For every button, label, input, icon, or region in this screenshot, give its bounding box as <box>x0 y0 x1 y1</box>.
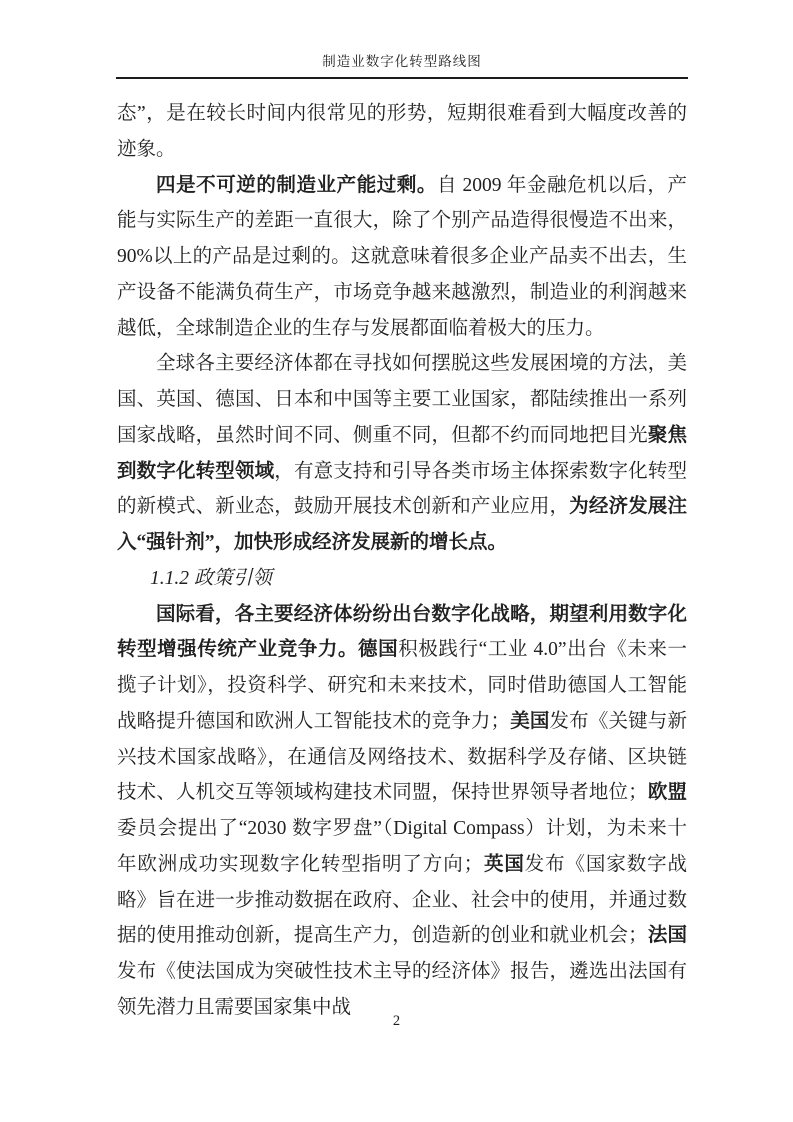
bold-text-run: 英国 <box>483 854 525 875</box>
text-run: 全球各主要经济体都在寻找如何摆脱这些发展困境的方法，美国、英国、德国、日本和中国… <box>117 353 687 446</box>
page-header: 制造业数字化转型路线图 <box>116 50 688 79</box>
page-number: 2 <box>393 1013 400 1029</box>
paragraph: 国际看，各主要经济体纷纷出台数字化战略，期望利用数字化转型增强传统产业竞争力。德… <box>117 597 687 1026</box>
document-body: 态”，是在较长时间内很常见的形势，短期很难看到大幅度改善的迹象。四是不可逆的制造… <box>117 96 687 1026</box>
bold-text-run: 德国 <box>358 639 398 660</box>
text-run: 发布《使法国成为突破性技术主导的经济体》报告，遴选出法国有领先潜力且需要国家集中… <box>117 961 687 1018</box>
text-run: 自 2009 年金融危机以后，产能与实际生产的差距一直很大，除了个别产品造得很慢… <box>117 175 687 339</box>
paragraph: 全球各主要经济体都在寻找如何摆脱这些发展困境的方法，美国、英国、德国、日本和中国… <box>117 346 687 561</box>
bold-text-run: 欧盟 <box>648 782 687 803</box>
header-title: 制造业数字化转型路线图 <box>116 50 688 70</box>
bold-text-run: 法国 <box>648 925 687 946</box>
bold-text-run: 四是不可逆的制造业产能过剩。 <box>156 175 437 196</box>
page-footer: 2 <box>0 1012 793 1030</box>
bold-text-run: 美国 <box>510 711 549 732</box>
document-page: 制造业数字化转型路线图 态”，是在较长时间内很常见的形势，短期很难看到大幅度改善… <box>0 0 793 1122</box>
text-run: 1.1.2 政策引领 <box>150 568 272 589</box>
section-heading: 1.1.2 政策引领 <box>117 561 687 597</box>
paragraph: 态”，是在较长时间内很常见的形势，短期很难看到大幅度改善的迹象。 <box>117 96 687 168</box>
text-run: 态”，是在较长时间内很常见的形势，短期很难看到大幅度改善的迹象。 <box>117 103 687 160</box>
paragraph: 四是不可逆的制造业产能过剩。自 2009 年金融危机以后，产能与实际生产的差距一… <box>117 168 687 347</box>
